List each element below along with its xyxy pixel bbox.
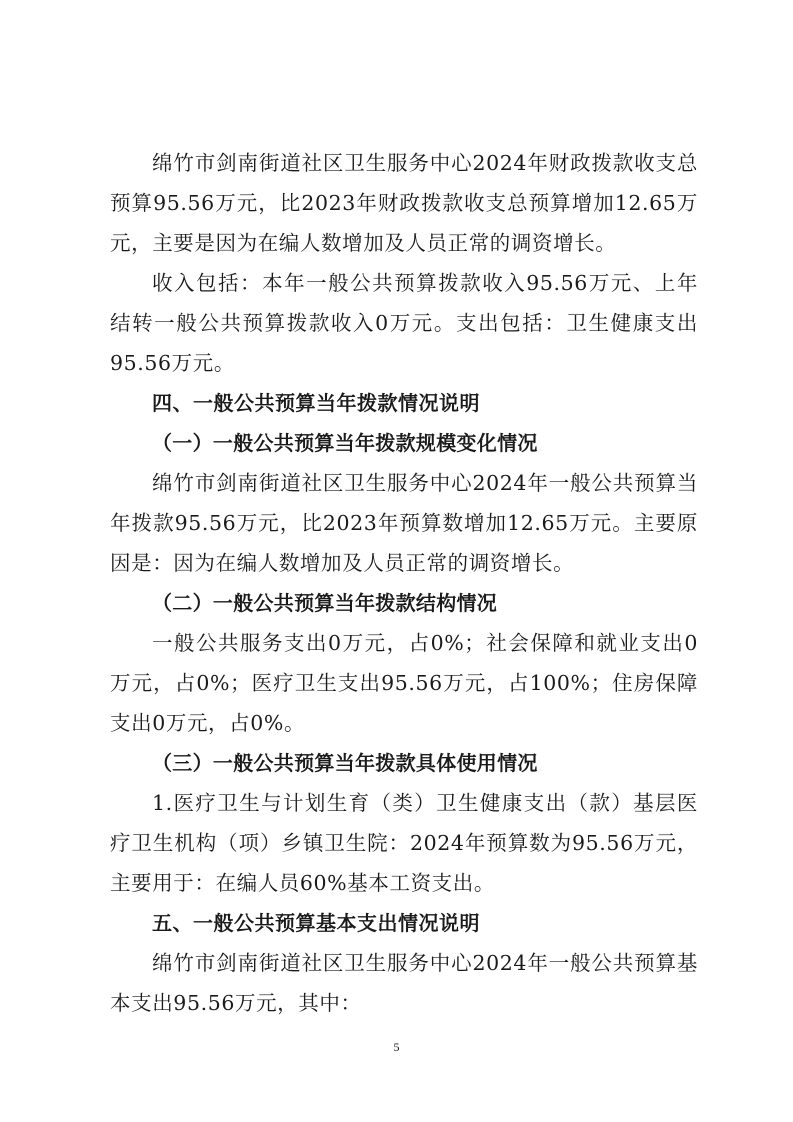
paragraph-structure: 一般公共服务支出0万元，占0%；社会保障和就业支出0万元，占0%；医疗卫生支出9… <box>110 623 698 743</box>
section-heading-5: 五、一般公共预算基本支出情况说明 <box>110 903 698 943</box>
paragraph-basic-expenditure: 绵竹市剑南街道社区卫生服务中心2024年一般公共预算基本支出95.56万元，其中… <box>110 943 698 1023</box>
subsection-heading-4-1: （一）一般公共预算当年拨款规模变化情况 <box>110 423 698 463</box>
section-heading-4: 四、一般公共预算当年拨款情况说明 <box>110 383 698 423</box>
paragraph-total-budget: 绵竹市剑南街道社区卫生服务中心2024年财政拨款收支总预算95.56万元，比20… <box>110 143 698 263</box>
document-page: 绵竹市剑南街道社区卫生服务中心2024年财政拨款收支总预算95.56万元，比20… <box>110 143 698 1023</box>
paragraph-income-expenditure: 收入包括：本年一般公共预算拨款收入95.56万元、上年结转一般公共预算拨款收入0… <box>110 263 698 383</box>
subsection-heading-4-3: （三）一般公共预算当年拨款具体使用情况 <box>110 743 698 783</box>
paragraph-scale-change: 绵竹市剑南街道社区卫生服务中心2024年一般公共预算当年拨款95.56万元，比2… <box>110 463 698 583</box>
page-number: 5 <box>0 1040 793 1055</box>
paragraph-specific-use: 1.医疗卫生与计划生育（类）卫生健康支出（款）基层医疗卫生机构（项）乡镇卫生院：… <box>110 783 698 903</box>
subsection-heading-4-2: （二）一般公共预算当年拨款结构情况 <box>110 583 698 623</box>
